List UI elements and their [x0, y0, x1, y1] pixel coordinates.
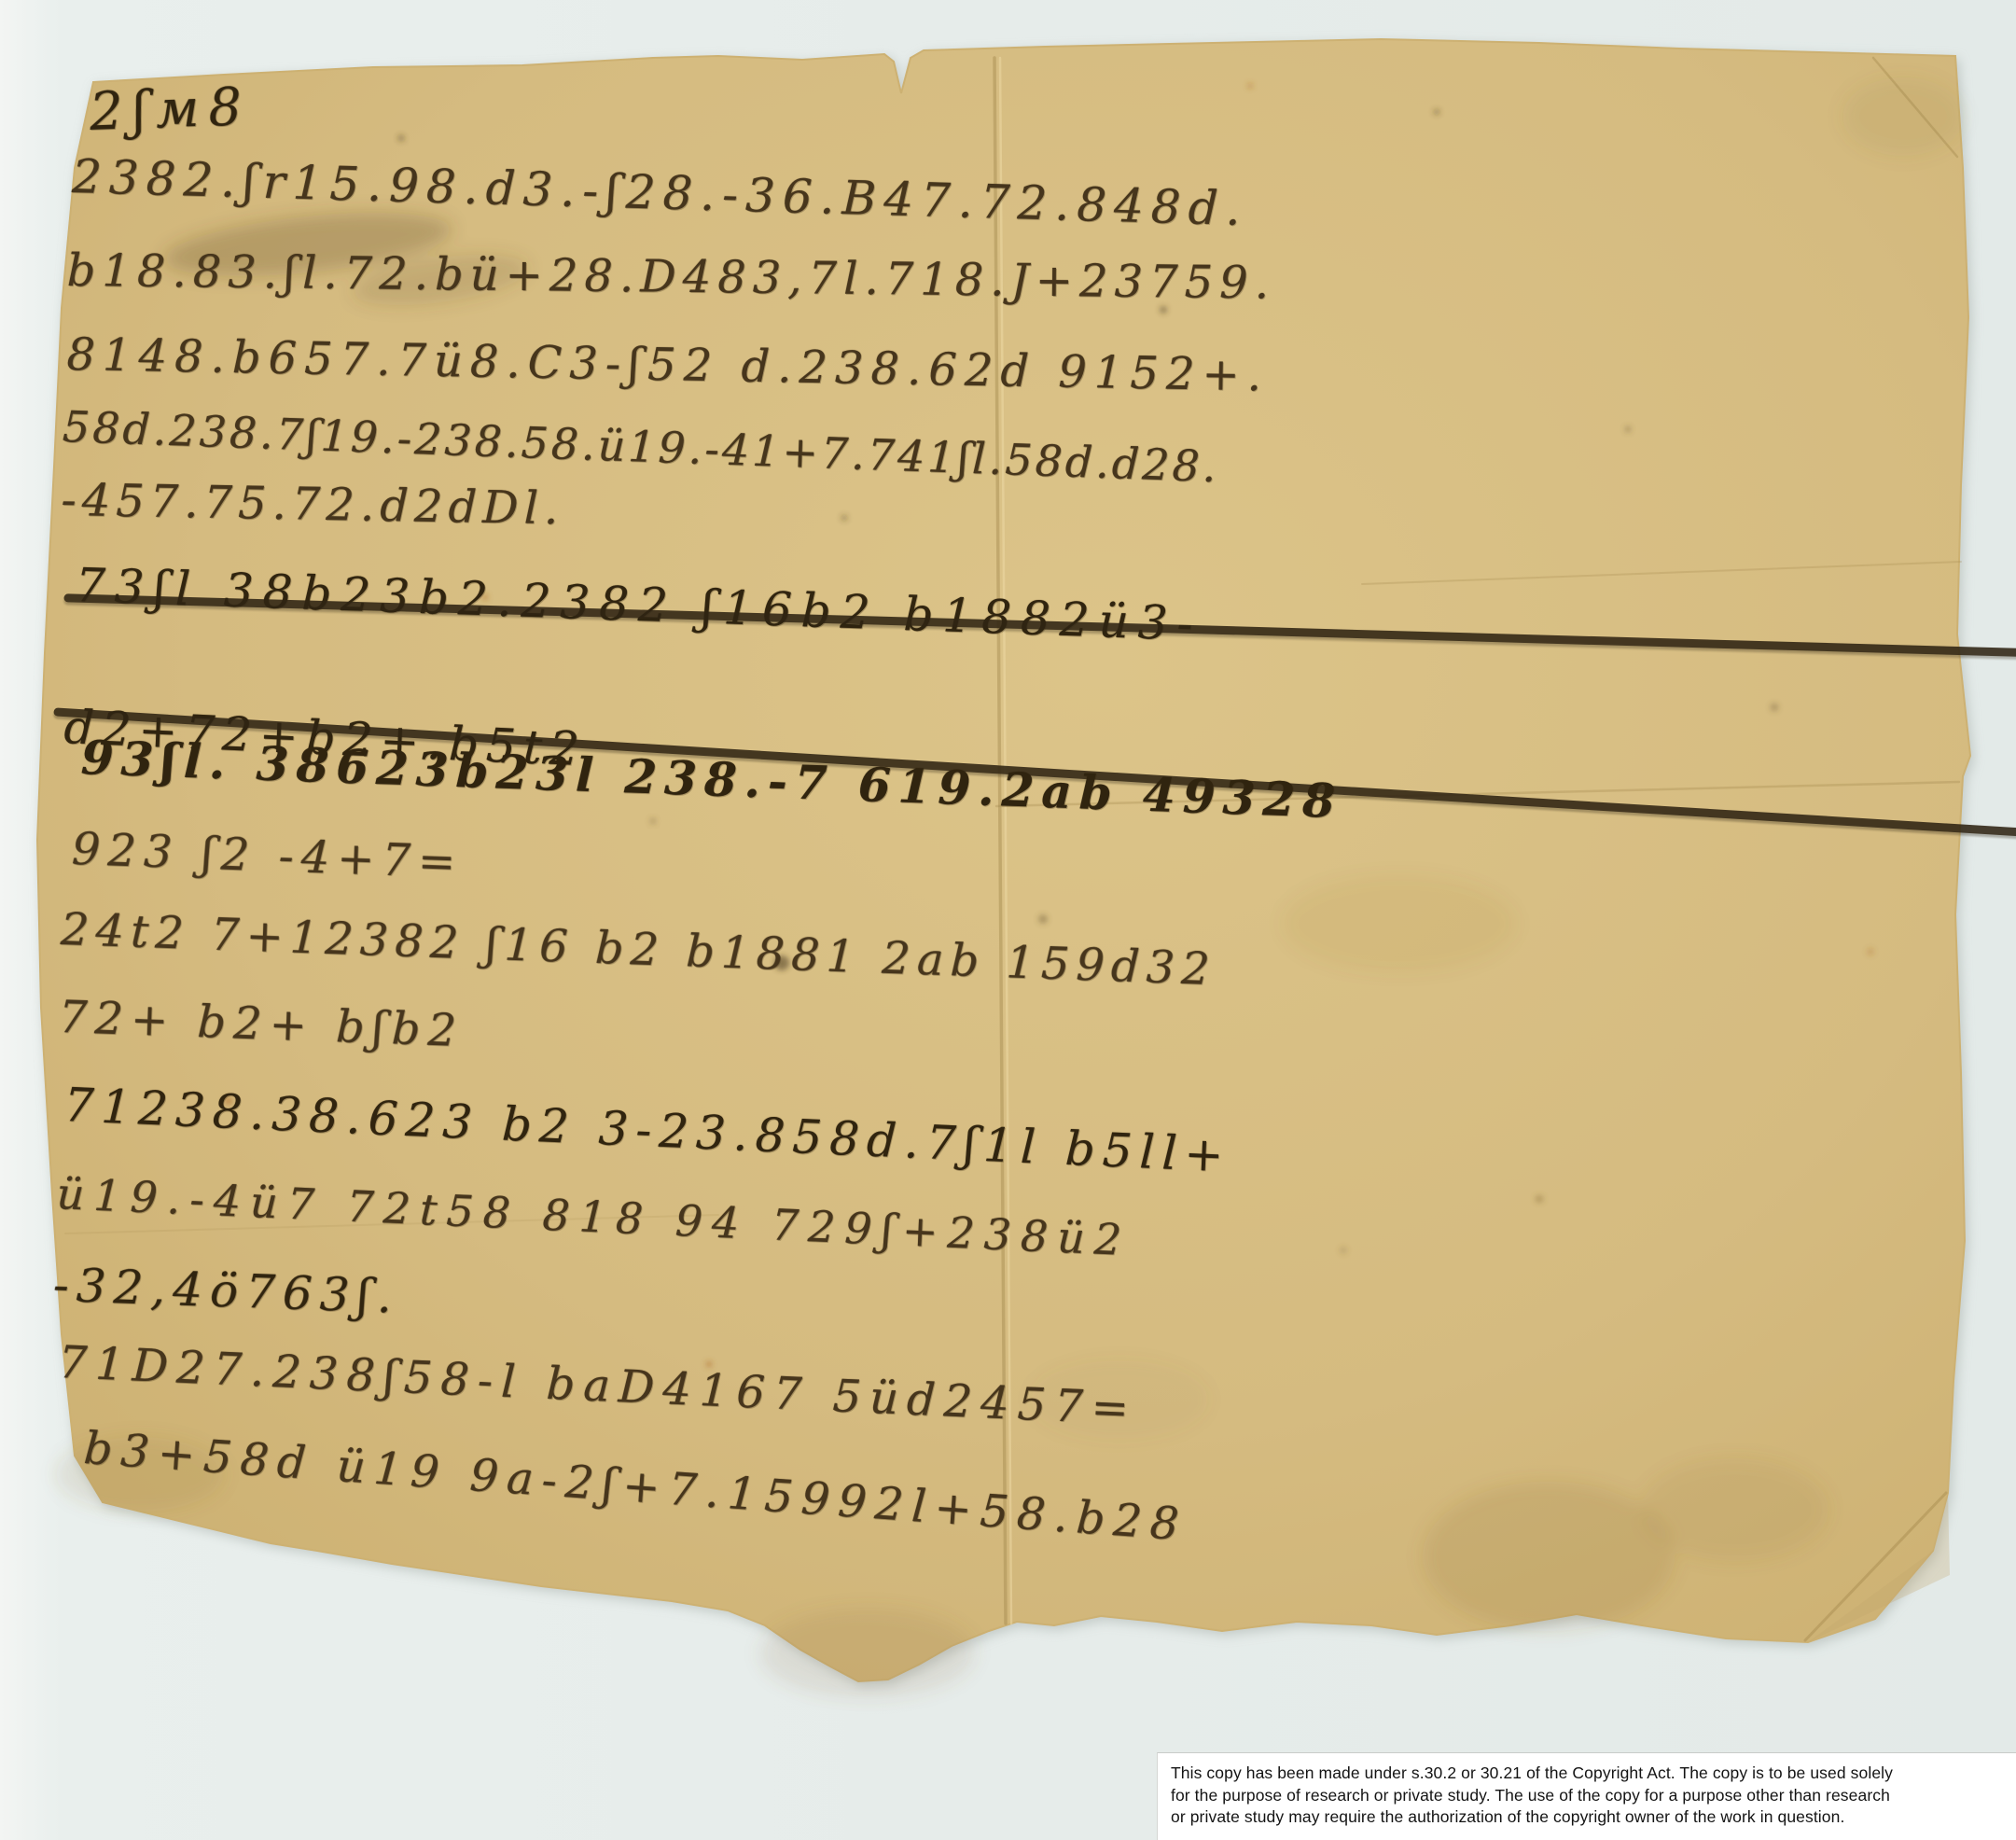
copyright-notice: This copy has been made under s.30.2 or … — [1157, 1752, 2016, 1840]
copyright-notice-line: This copy has been made under s.30.2 or … — [1171, 1763, 2016, 1785]
manuscript-header-line: 2ʃм8 — [89, 77, 252, 143]
scanner-background: 2ʃм8 2382.ʃr15.98.d3.-ʃ28.-36.B47.72.848… — [0, 0, 2016, 1840]
manuscript-line: -457.75.72.d2dDl. — [61, 474, 564, 535]
copyright-notice-line: for the purpose of research or private s… — [1171, 1785, 2016, 1807]
copyright-notice-line: or private study may require the authori… — [1171, 1806, 2016, 1829]
